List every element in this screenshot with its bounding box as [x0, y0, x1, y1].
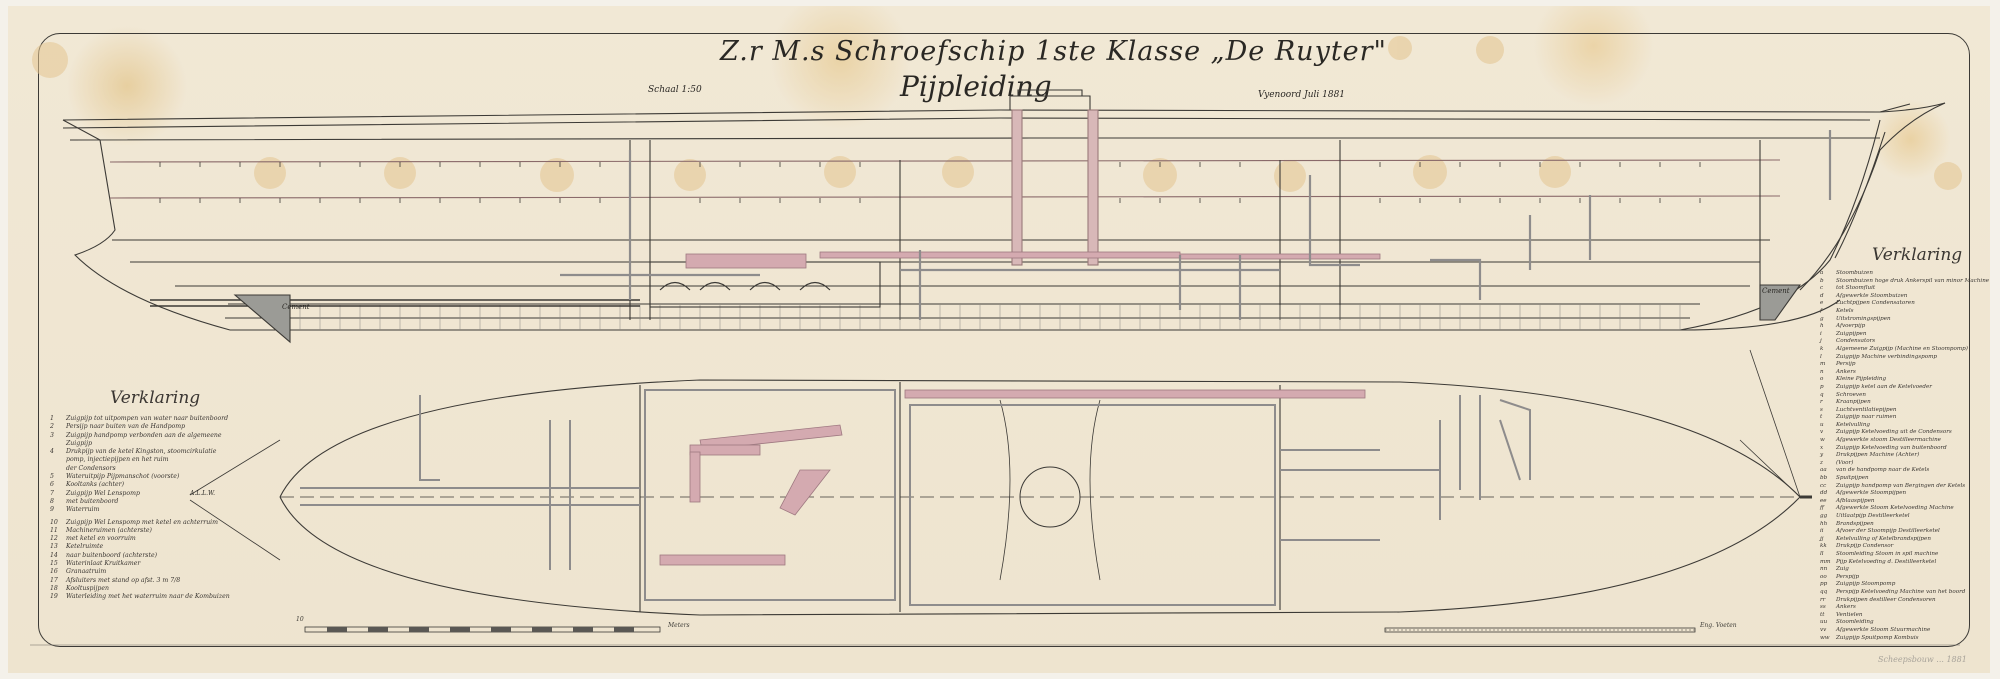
legend-item: aavan de handpomp naar de Ketels: [1820, 467, 1989, 475]
cement-label-aft: Cement: [282, 303, 310, 311]
steam-pipes-plan: [660, 390, 1365, 565]
legend-item: wwZuigpijp Spuitpomp Kombuis: [1820, 635, 1989, 643]
legend-item: z(Voor): [1820, 460, 1989, 468]
legend-item: vZuigpijp Ketelvoeding uit de Condensors: [1820, 429, 1989, 437]
legend-item: 8met buitenboord: [50, 498, 230, 506]
archive-stamp: Scheepsbouw ... 1881: [1878, 655, 1967, 664]
legend-item: 15Waterinlaat Kruitkamer: [50, 560, 230, 568]
legend-item: ttVentielen: [1820, 612, 1989, 620]
legend-item: 14naar buitenboord (achterste): [50, 552, 230, 560]
legend-item: uuStoomleiding: [1820, 619, 1989, 627]
legend-right-title: Verklaring: [1872, 245, 1962, 265]
legend-item: uKetelvulling: [1820, 422, 1989, 430]
cement-label-fwd: Cement: [1762, 287, 1790, 295]
legend-item: qSchroeven: [1820, 392, 1989, 400]
legend-item: Zuigpijp: [50, 440, 230, 448]
scale-bar-metric-unit: Meters: [668, 622, 690, 629]
legend-item: hhBrandspijpen: [1820, 521, 1989, 529]
scale-bar-metric-start: 10: [296, 616, 304, 623]
water-stains: [32, 36, 1962, 192]
legend-item: ggUitlaatpijp Destilleerketel: [1820, 513, 1989, 521]
legend-item: 12met ketel en voorruim: [50, 535, 230, 543]
legend-item: 3Zuigpijp handpomp verbonden aan de alge…: [50, 432, 230, 440]
scale-bar-feet: [1385, 628, 1695, 632]
legend-item: iiAfvoer der Stoompijp Destilleerketel: [1820, 528, 1989, 536]
legend-item: wAfgewerkte stoom Destilleermachine: [1820, 437, 1989, 445]
steam-pipes-profile: [686, 252, 1380, 268]
profile-view: [63, 90, 1945, 342]
legend-right-list: aStoombuizenbStoombuizen hoge druk Anker…: [1820, 270, 1989, 642]
scale-bar-metric: [305, 627, 660, 632]
legend-item: nnZuig: [1820, 566, 1989, 574]
legend-item: rrDrukpijpen destilleer Condensoren: [1820, 597, 1989, 605]
legend-item: der Condensors: [50, 465, 230, 473]
legend-left-title: Verklaring: [110, 388, 200, 408]
legend-item: ssAnkers: [1820, 604, 1989, 612]
legend-item: sLuchtventilatiepijpen: [1820, 407, 1989, 415]
legend-item: 7Zuigpijp Wel Lenspomp: [50, 490, 230, 498]
legend-item: dAfgewerkte Stoombuizen: [1820, 293, 1989, 301]
legend-item: aStoombuizen: [1820, 270, 1989, 278]
legend-item: bStoombuizen hoge druk Ankerspil van min…: [1820, 278, 1989, 286]
legend-left-list: 1Zuigpijp tot uitpompen van water naar b…: [50, 415, 230, 602]
legend-item: vvAfgewerkte Stoom Stuurmachine: [1820, 627, 1989, 635]
legend-item: 4Drukpijp van de ketel Kingston, stoomci…: [50, 448, 230, 456]
legend-item: 18Kooltuspijpen: [50, 585, 230, 593]
legend-item: tZuigpijp naar ruimen: [1820, 414, 1989, 422]
legend-item: ddAfgewerkte Stoompijpen: [1820, 490, 1989, 498]
legend-item: lZuigpijp Machine verbindingspomp: [1820, 354, 1989, 362]
grey-pipes-plan: [300, 390, 1530, 605]
legend-item: ffAfgewerkte Stoom Ketelvoeding Machine: [1820, 505, 1989, 513]
legend-item: ooPerspijp: [1820, 574, 1989, 582]
legend-item: jjKetelvulling of Ketelbrandspijpen: [1820, 536, 1989, 544]
legend-leaders: [190, 350, 1800, 560]
legend-item: 10Zuigpijp Wel Lenspomp met ketel en ach…: [50, 519, 230, 527]
legend-item: qqPerspijp Ketelvoeding Machine van het …: [1820, 589, 1989, 597]
legend-item: pomp, injectiepijpen en het ruim: [50, 456, 230, 464]
legend-item: oKleine Pijpleiding: [1820, 376, 1989, 384]
legend-item: hAfvoerpijp: [1820, 323, 1989, 331]
legend-item: ccZuigpijp handpomp van Bergingen der Ke…: [1820, 483, 1989, 491]
legend-item: 2Persijp naar buiten van de Handpomp: [50, 423, 230, 431]
legend-item: pZuigpijp ketel aan de Ketelvoeder: [1820, 384, 1989, 392]
legend-item: eLuchtpijpen Condensatoren: [1820, 300, 1989, 308]
legend-item: mmPijp Ketelvoeding d. Destilleerketel: [1820, 559, 1989, 567]
legend-item: 19Waterleiding met het waterruim naar de…: [50, 593, 230, 601]
legend-item: 13Ketelruimte: [50, 543, 230, 551]
legend-item: 11Machineruimen (achterste): [50, 527, 230, 535]
ship-drawing: [0, 0, 2000, 679]
legend-item: 6Kooltanks (achter): [50, 481, 230, 489]
legend-item: 9Waterruim: [50, 506, 230, 514]
legend-item: kAlgemeene Zuigpijp (Machine en Stoompom…: [1820, 346, 1989, 354]
legend-item: iZuigpijpen: [1820, 331, 1989, 339]
legend-item: nAnkers: [1820, 369, 1989, 377]
plan-view: [280, 380, 1800, 615]
legend-item: 5Wateruitpijp Pijpmanschot (voorste): [50, 473, 230, 481]
legend-item: fKetels: [1820, 308, 1989, 316]
scale-bar-feet-unit: Eng. Voeten: [1700, 622, 1737, 629]
legend-item: gUitstromingspijpen: [1820, 316, 1989, 324]
legend-item: 16Granaatruim: [50, 568, 230, 576]
legend-item: ppZuigpijp Stoompomp: [1820, 581, 1989, 589]
legend-item: llStoomleiding Stoom in spil machine: [1820, 551, 1989, 559]
legend-item: jCondensators: [1820, 338, 1989, 346]
legend-item: kkDrukpijp Condensor: [1820, 543, 1989, 551]
legend-item: rKraanpijpen: [1820, 399, 1989, 407]
legend-item: 17Afsluiters met stand op afst. 3 m 7/8: [50, 577, 230, 585]
legend-item: yDrukpijpen Machine (Achter): [1820, 452, 1989, 460]
legend-item: mPersijp: [1820, 361, 1989, 369]
legend-item: bbSpuitpijpen: [1820, 475, 1989, 483]
grey-pipes-profile: [560, 130, 1830, 320]
legend-item: ctot Stoomfluit: [1820, 285, 1989, 293]
legend-item: 1Zuigpijp tot uitpompen van water naar b…: [50, 415, 230, 423]
legend-item: eeAfblaaspijpen: [1820, 498, 1989, 506]
